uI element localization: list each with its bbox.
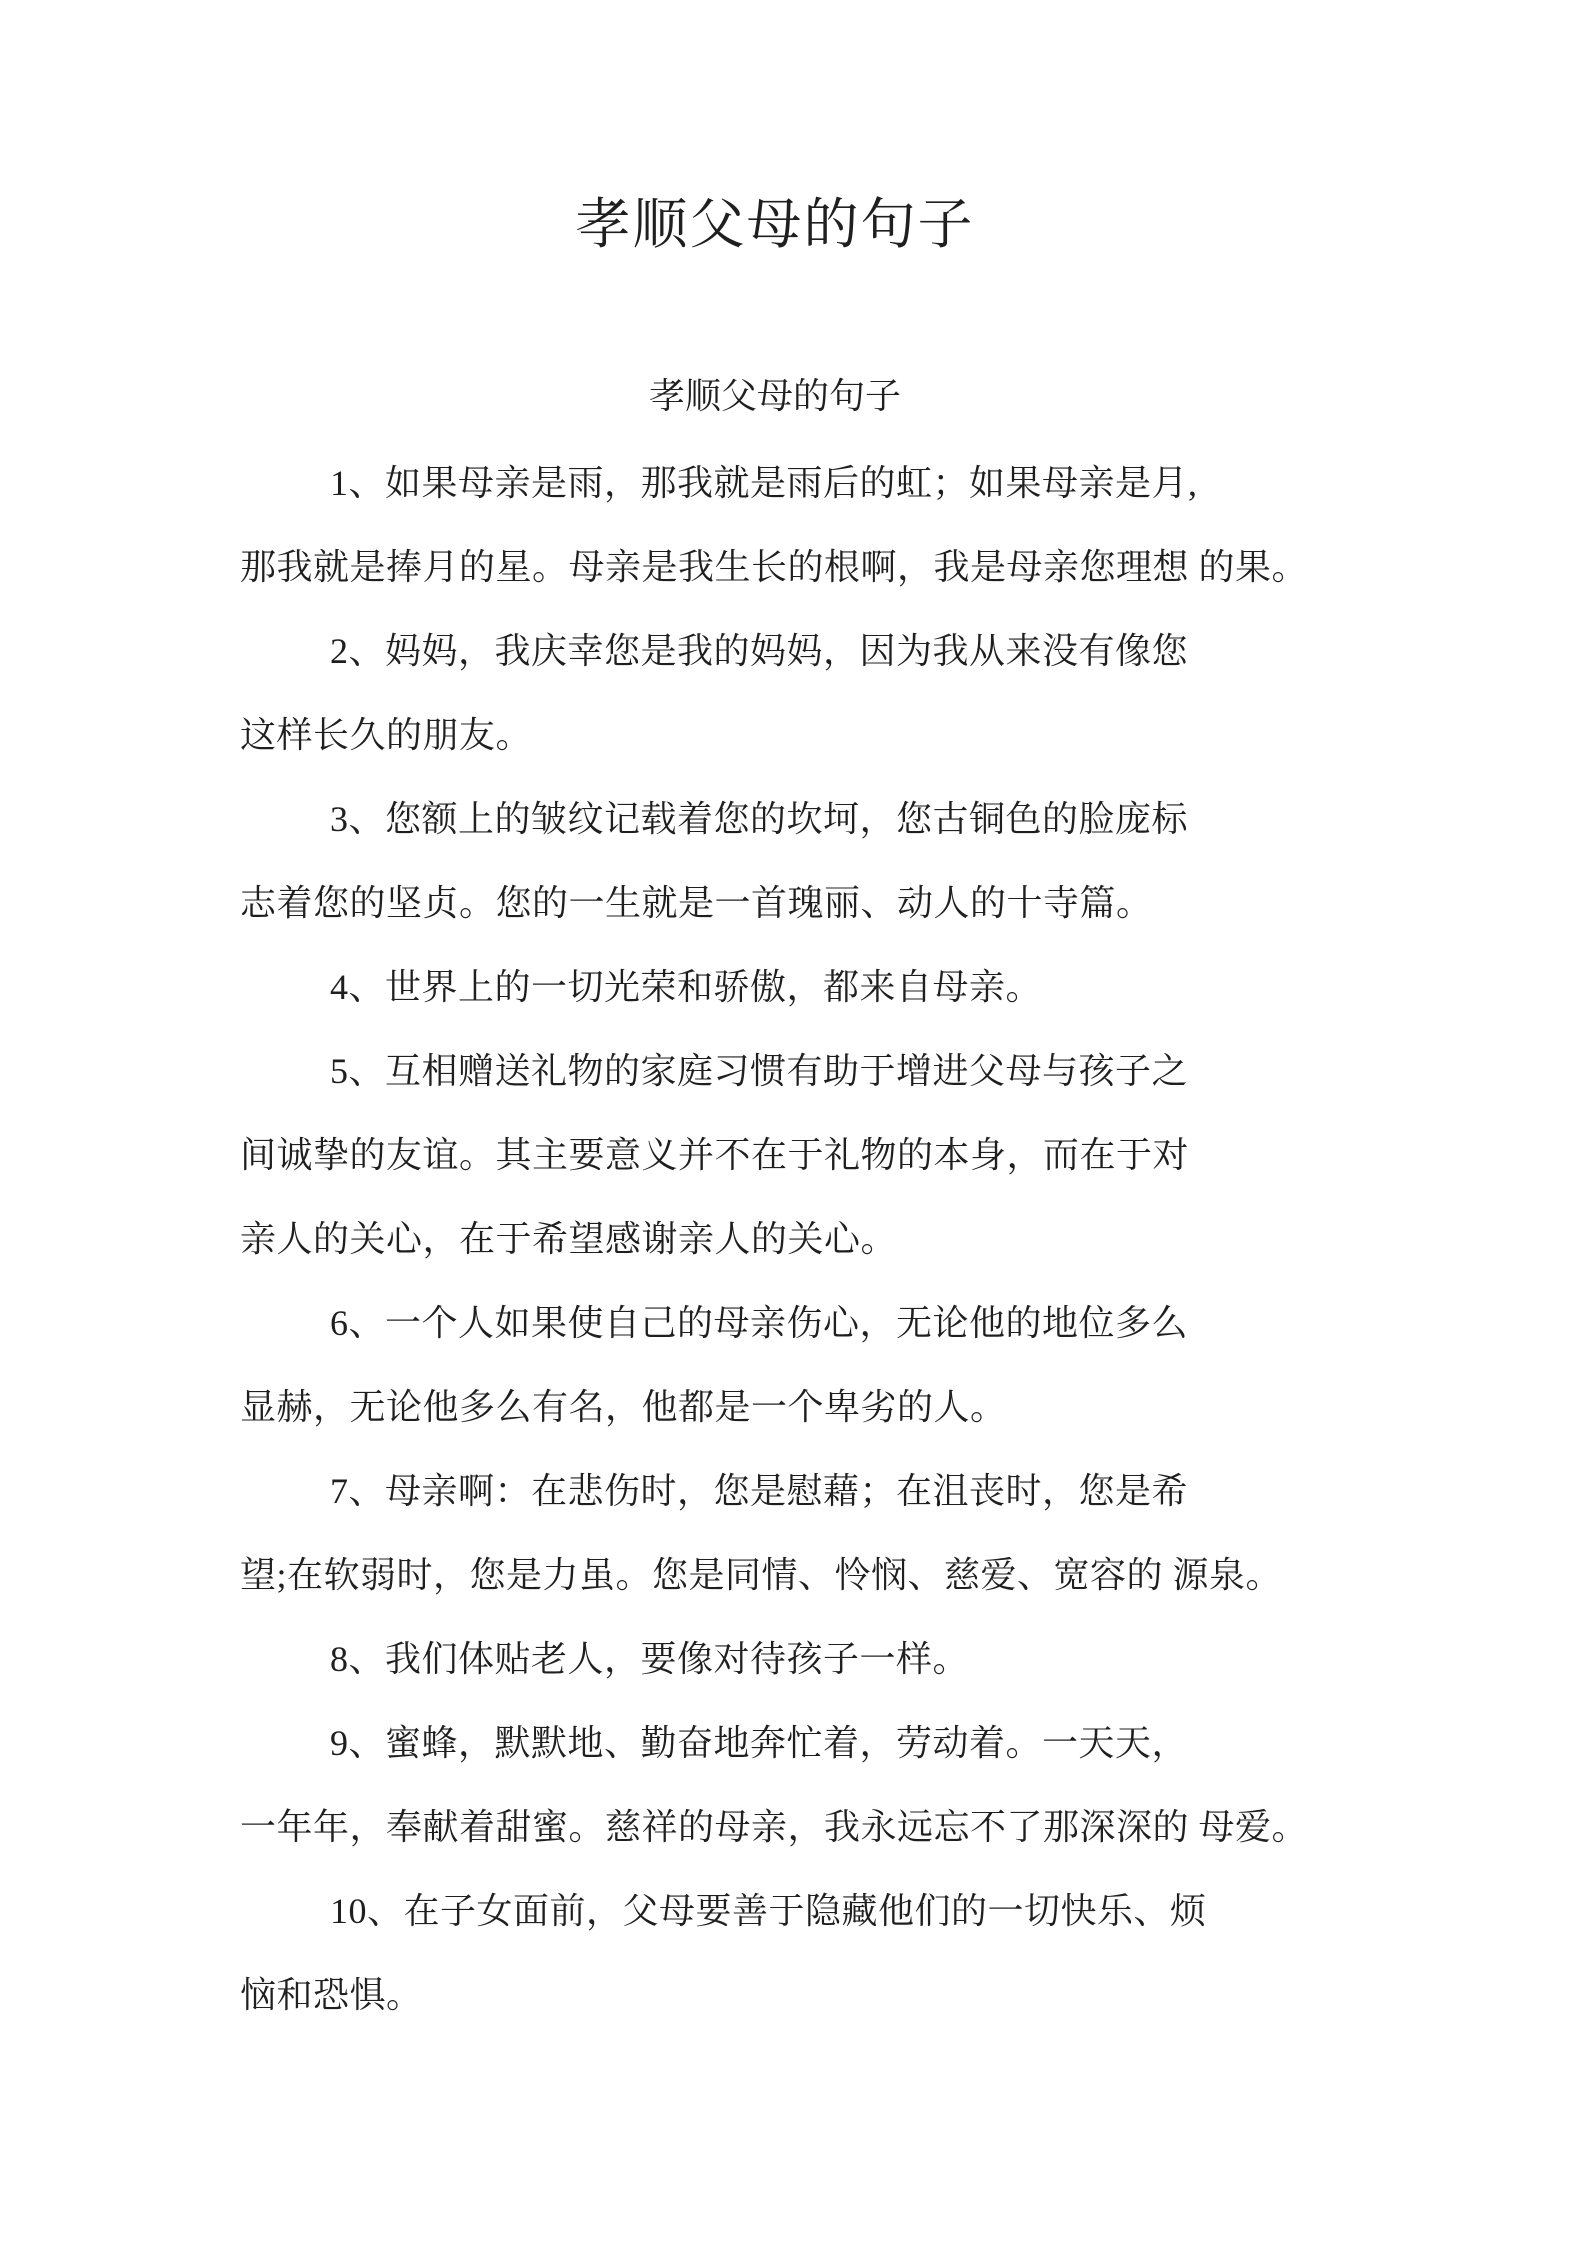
text-line: 6、一个人如果使自己的母亲伤心，无论他的地位多么 [240,1281,1360,1365]
text-line: 1、如果母亲是雨，那我就是雨后的虹；如果母亲是月, [240,441,1360,525]
text-line: 8、我们体贴老人，要像对待孩子一样。 [240,1617,1360,1701]
text-line: 志着您的坚贞。您的一生就是一首瑰丽、动人的十寺篇。 [240,861,1360,945]
body-text: 1、如果母亲是雨，那我就是雨后的虹；如果母亲是月,那我就是捧月的星。母亲是我生长… [240,441,1360,2037]
text-line: 望;在软弱时，您是力虽。您是同情、怜悯、慈爱、宽容的 源泉。 [240,1533,1360,1617]
text-line: 5、互相赠送礼物的家庭习惯有助于增进父母与孩子之 [240,1029,1360,1113]
text-line: 那我就是捧月的星。母亲是我生长的根啊，我是母亲您理想 的果。 [240,525,1360,609]
text-line: 2、妈妈，我庆幸您是我的妈妈，因为我从来没有像您 [240,609,1360,693]
text-line: 这样长久的朋友。 [240,693,1360,777]
text-line: 间诚挚的友谊。其主要意义并不在于礼物的本身，而在于对 [240,1113,1360,1197]
page-subtitle: 孝顺父母的句子 [240,372,1310,420]
text-line: 显赫，无论他多么有名，他都是一个卑劣的人。 [240,1365,1360,1449]
text-line: 恼和恐惧。 [240,1953,1360,2037]
text-line: 10、在子女面前，父母要善于隐藏他们的一切快乐、烦 [240,1869,1360,1953]
text-line: 一年年，奉献着甜蜜。慈祥的母亲，我永远忘不了那深深的 母爱。 [240,1785,1360,1869]
document-page: 孝顺父母的句子 孝顺父母的句子 1、如果母亲是雨，那我就是雨后的虹；如果母亲是月… [0,0,1594,2256]
text-line: 4、世界上的一切光荣和骄傲，都来自母亲。 [240,945,1360,1029]
text-line: 亲人的关心，在于希望感谢亲人的关心。 [240,1197,1360,1281]
text-line: 9、蜜蜂，默默地、勤奋地奔忙着，劳动着。一天天， [240,1701,1360,1785]
text-line: 3、您额上的皱纹记载着您的坎坷，您古铜色的脸庞标 [240,777,1360,861]
page-title: 孝顺父母的句子 [240,192,1310,258]
text-line: 7、母亲啊：在悲伤时，您是慰藉；在沮丧时，您是希 [240,1449,1360,1533]
